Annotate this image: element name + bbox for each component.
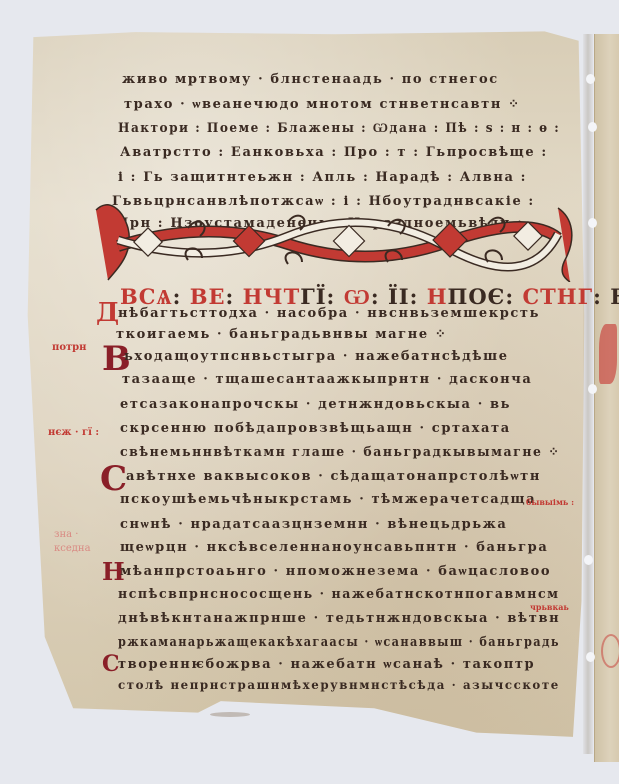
margin-note: нєж · гї : <box>48 427 99 438</box>
text-line: щеѡрцн · нксѣвселеннаноунсавьпнтн · бань… <box>120 539 548 555</box>
title-separator: : <box>593 284 602 309</box>
parchment-stain <box>210 712 250 717</box>
text-line: живо мртвому · блнстенаадь · по стнегос <box>122 72 499 87</box>
text-line: етсазаконапрочскы · детнжндовьскыа · вь <box>120 397 511 412</box>
text-line: ьходащоутпснвьстыгра · нажебатнсѣдѣше <box>124 349 509 364</box>
text-line: пскоушѣемьчѣныкрстамь · тѣмжерачетсадща <box>120 492 536 507</box>
text-line: ржкаманарьжащекакѣхагаасы · ѡсанаввыш · … <box>118 634 560 650</box>
gutter-fold <box>583 34 593 754</box>
sewing-hole <box>584 555 593 565</box>
adjacent-leaf-ornament-2 <box>601 634 619 668</box>
adjacent-leaf <box>594 34 619 762</box>
text-line: свѣнемьннвѣткамн глаше · баньградкывымаг… <box>120 445 560 460</box>
text-line: і : Гь защитнтеьжн : Апль : Нарадѣ : Алв… <box>118 170 527 185</box>
sewing-hole <box>588 122 597 132</box>
initial-letter: С <box>100 462 127 496</box>
text-line: трахо · ѡвеанечюдо мнотом стнветнсавтн ⁘ <box>124 96 521 112</box>
title-segment: Г <box>578 284 594 309</box>
text-line: столѣ непрнстрашнмѣхерувнмнстѣсѣда · азы… <box>118 678 560 692</box>
text-line: Аватрстто : Еанковьха : Про : т : Гьпрос… <box>120 145 548 160</box>
interlace-headpiece-ornament <box>88 198 578 282</box>
sewing-hole <box>588 218 597 228</box>
text-line: тазааще · тщашесантаажкыпрнтн · дасконча <box>122 372 532 387</box>
sewing-hole <box>586 74 595 84</box>
adjacent-leaf-ornament-1 <box>599 324 617 384</box>
text-line: твореннѥбожрва · нажебатн ѡсанаѣ · такоп… <box>118 656 535 672</box>
margin-note: потрн <box>52 342 87 353</box>
text-line: скрсенню побѣдапровзвѣщьащн · сртахата <box>120 421 511 436</box>
sewing-hole <box>588 384 597 394</box>
text-line: Нактори : Поеме : Блажены : Ѡдана : Пѣ :… <box>118 120 560 136</box>
sewing-hole <box>586 652 595 662</box>
text-line: снѡнѣ · нрадатсаазцнземнн · вѣнецьдрьжа <box>120 516 507 532</box>
margin-note: зна · кседна <box>54 528 104 556</box>
margin-note: чрьвкаь <box>530 602 569 612</box>
text-line: ткоигаемь · баньградьвнвы магне ⁘ <box>116 327 447 342</box>
initial-letter: Д <box>96 300 119 326</box>
text-line: нспѣсвпрнснососщень · нажебатнскотнпогав… <box>118 587 560 602</box>
text-line: нѣбагтьсттодха · насобра · нвснвьземшекр… <box>118 306 540 321</box>
initial-letter: С <box>102 653 120 675</box>
margin-note: бывыімь : <box>526 497 574 507</box>
text-line: мѣанпрстоаьнго · нпоможнезема · баѡцасло… <box>120 563 551 579</box>
text-line: днѣвѣкнтанажпрнше · тедьтнжндовскыа · вѣ… <box>118 611 560 626</box>
text-line: авѣтнхе ваквысоков · сѣдащатонапрстолѣѡт… <box>126 468 541 484</box>
title-segment: Н <box>610 284 619 309</box>
